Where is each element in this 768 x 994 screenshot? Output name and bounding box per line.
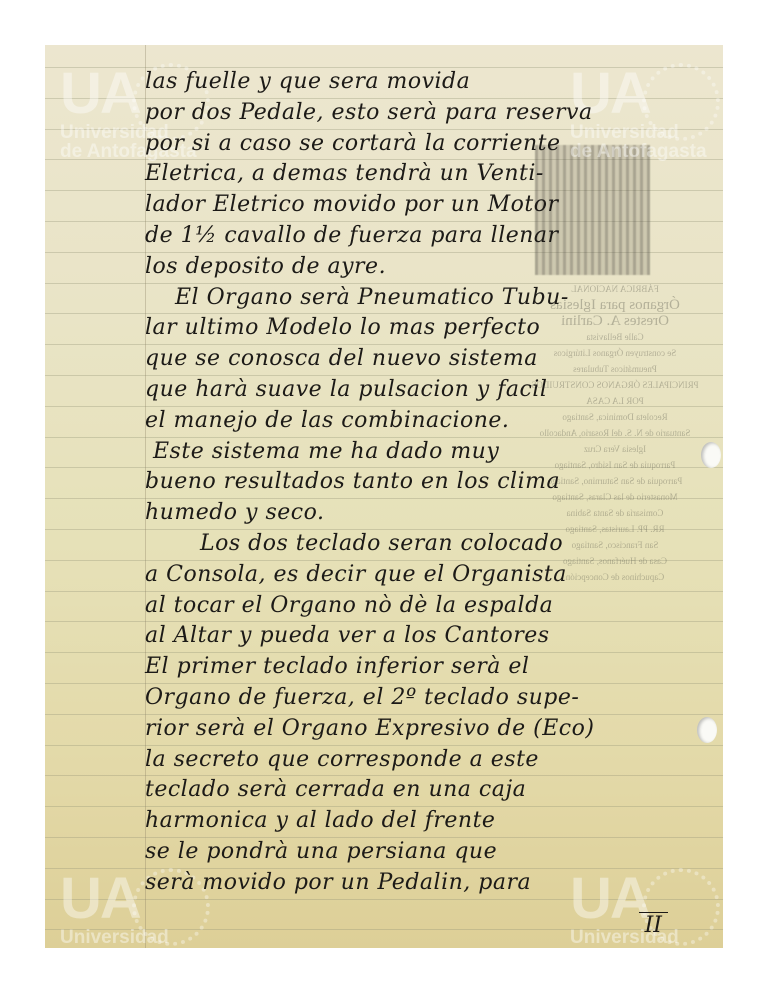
letterhead-line: Santuario de N. S. del Rosario, Andacoll… <box>515 425 715 441</box>
text-line: se le pondrà una persiana que <box>145 839 497 864</box>
punch-hole <box>697 717 717 743</box>
text-line: lador Eletrico movido por un Motor <box>145 192 559 217</box>
letterhead-line: Iglesia Vera Cruz <box>515 441 715 457</box>
ruled-line <box>45 837 723 838</box>
text-line: que harà suave la pulsacion y facil <box>145 377 547 402</box>
page-number: II <box>639 912 668 938</box>
ruled-line <box>45 652 723 653</box>
letterhead-line: Se construyen Órganos Litúrgicos <box>515 345 715 361</box>
text-line: que se conosca del nuevo sistema <box>145 346 538 371</box>
text-line: a Consola, es decir que el Organista <box>145 562 567 587</box>
text-line: rior serà el Organo Expresivo de (Eco) <box>145 716 594 741</box>
letterhead-line: Orestes A. Carlini <box>515 313 715 329</box>
ruled-line <box>45 745 723 746</box>
ruled-line <box>45 591 723 592</box>
text-line: al tocar el Organo nò dè la espalda <box>145 593 553 618</box>
ruled-line <box>45 621 723 622</box>
text-line: las fuelle y que sera movida <box>145 69 470 94</box>
text-line: los deposito de ayre. <box>145 254 386 279</box>
letterhead-line: Recoleta Dominica, Santiago <box>515 409 715 425</box>
text-line: bueno resultados tanto en los clima <box>145 469 560 494</box>
letterhead-line: Comisaría de Santa Sabina <box>515 505 715 521</box>
text-line: El Organo serà Pneumatico Tubu- <box>175 285 569 310</box>
seal-icon <box>642 63 720 141</box>
ruled-line <box>45 683 723 684</box>
text-line: harmonica y al lado del frente <box>145 808 495 833</box>
letter-page: FÁBRICA NACIONALÓrganos para IglesiasOre… <box>45 45 723 948</box>
text-line: al Altar y pueda ver a los Cantores <box>145 623 550 648</box>
text-line: El primer teclado inferior serà el <box>145 654 529 679</box>
text-line: serà movido por un Pedalin, para <box>145 870 531 895</box>
text-line: lar ultimo Modelo lo mas perfecto <box>145 315 540 340</box>
letterhead-line: Calle Bellavista <box>515 329 715 345</box>
text-line: Eletrica, a demas tendrà un Venti- <box>145 161 544 186</box>
text-line: el manejo de las combinacione. <box>145 408 509 433</box>
text-line: Los dos teclado seran colocado <box>200 531 563 556</box>
text-line: por dos Pedale, esto serà para reserva <box>145 100 593 125</box>
letterhead-line: Pneumáticos Tubulares <box>515 361 715 377</box>
text-line: de 1½ cavallo de fuerza para llenar <box>145 223 559 248</box>
ruled-line <box>45 714 723 715</box>
text-line: Este sistema me ha dado muy <box>153 439 499 464</box>
text-line: teclado serà cerrada en una caja <box>145 777 526 802</box>
ruled-line <box>45 775 723 776</box>
text-line: por si a caso se cortarà la corriente <box>145 131 561 156</box>
text-line: Organo de fuerza, el 2º teclado supe- <box>145 685 579 710</box>
ruled-line <box>45 806 723 807</box>
punch-hole <box>701 442 721 468</box>
text-line: la secreto que corresponde a este <box>145 747 539 772</box>
text-line: humedo y seco. <box>145 500 324 525</box>
